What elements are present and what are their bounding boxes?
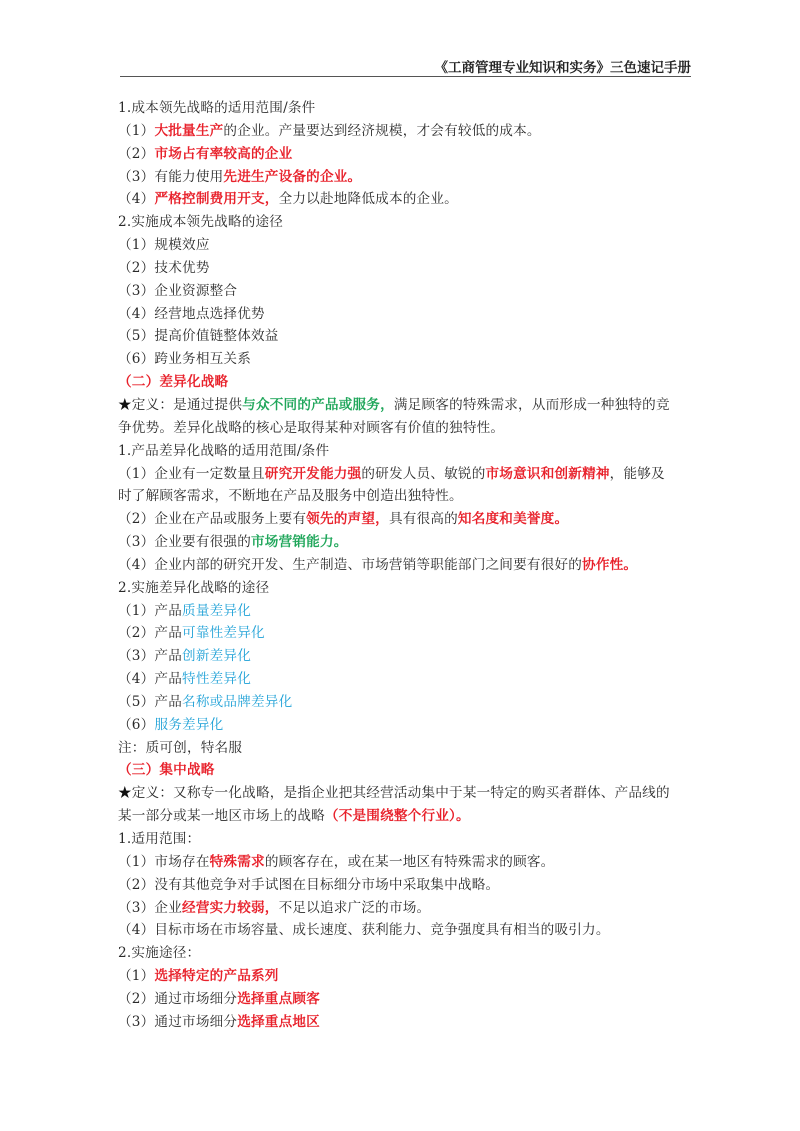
highlight-blue: 创新差异化: [182, 648, 251, 664]
text-line: （4）企业内部的研究开发、生产制造、市场营销等职能部门之间要有很好的协作性。: [118, 554, 690, 577]
text-segment: 的顾客存在，或在某一地区有特殊需求的顾客。: [265, 854, 555, 870]
text-line: （1）规模效应: [118, 234, 690, 257]
highlight-red: 选择重点顾客: [237, 991, 320, 1007]
text-segment: 满足顾客的特殊需求，从而形成一种独特的竞: [394, 397, 670, 413]
section-heading: （二）差异化战略: [118, 374, 228, 390]
highlight-red: 先进生产设备的企业。: [223, 169, 361, 185]
text-line: （4）严格控制费用开支，全力以赴地降低成本的企业。: [118, 188, 690, 211]
text-line: 争优势。差异化战略的核心是取得某种对顾客有价值的独特性。: [118, 417, 690, 440]
text-line: （1）产品质量差异化: [118, 600, 690, 623]
text-line: （6）跨业务相互关系: [118, 348, 690, 371]
text-segment: 定义：是通过提供: [132, 397, 242, 413]
text-line: 1.适用范围：: [118, 828, 690, 851]
text-line: （5）产品名称或品牌差异化: [118, 691, 690, 714]
text-segment: 定义：又称专一化战略，是指企业把其经营活动集中于某一特定的购买者群体、产品线的: [132, 785, 670, 801]
text-segment: 某一部分或某一地区市场上的战略: [118, 808, 325, 824]
text-segment: （2）技术优势: [118, 260, 210, 276]
text-segment: （5）产品: [118, 694, 182, 710]
text-line: 1.成本领先战略的适用范围/条件: [118, 97, 690, 120]
text-segment: （1）: [118, 968, 154, 984]
highlight-red: （不是围绕整个行业）。: [325, 808, 470, 824]
highlight-blue: 名称或品牌差异化: [182, 694, 292, 710]
text-line: （1）企业有一定数量且研究开发能力强的研发人员、敏锐的市场意识和创新精神，能够及: [118, 463, 690, 486]
text-segment: （6）跨业务相互关系: [118, 351, 251, 367]
text-line: （2）没有其他竞争对手试图在目标细分市场中采取集中战略。: [118, 874, 690, 897]
star-icon: ★: [118, 397, 132, 413]
highlight-green: 市场营销能力。: [251, 534, 348, 550]
text-segment: 2.实施成本领先战略的途径: [118, 214, 283, 230]
text-segment: 全力以赴地降低成本的企业。: [279, 191, 458, 207]
highlight-red: 选择重点地区: [237, 1014, 320, 1030]
text-line: （2）产品可靠性差异化: [118, 622, 690, 645]
highlight-red: 选择特定的产品系列: [154, 968, 278, 984]
text-line: （3）通过市场细分选择重点地区: [118, 1011, 690, 1034]
highlight-blue: 特性差异化: [182, 671, 251, 687]
text-segment: 具有很高的: [389, 511, 458, 527]
text-line: （1）大批量生产的企业。产量要达到经济规模，才会有较低的成本。: [118, 120, 690, 143]
text-segment: （4）目标市场在市场容量、成长速度、获利能力、竞争强度具有相当的吸引力。: [118, 922, 610, 938]
text-line: 时了解顾客需求，不断地在产品及服务中创造出独特性。: [118, 485, 690, 508]
highlight-red: 领先的声望，: [306, 511, 389, 527]
highlight-blue: 服务差异化: [154, 717, 223, 733]
highlight-blue: 可靠性差异化: [182, 625, 265, 641]
highlight-red: 大批量生产: [154, 123, 223, 139]
text-segment: 不足以追求广泛的市场。: [279, 900, 431, 916]
text-line: （三）集中战略: [118, 759, 690, 782]
text-line: ★定义：是通过提供与众不同的产品或服务，满足顾客的特殊需求，从而形成一种独特的竞: [118, 394, 690, 417]
text-segment: （1）市场存在: [118, 854, 210, 870]
text-segment: （2）通过市场细分: [118, 991, 237, 1007]
highlight-green: 与众不同的产品或服务，: [242, 397, 394, 413]
star-icon: ★: [118, 785, 132, 801]
text-segment: （3）企业要有很强的: [118, 534, 251, 550]
page-header-title: 《工商管理专业知识和实务》三色速记手册: [120, 56, 691, 74]
text-segment: （1）企业有一定数量且: [118, 466, 265, 482]
header-divider: [120, 76, 691, 77]
section-heading: （三）集中战略: [118, 762, 215, 778]
text-line: 注：质可创，特名服: [118, 737, 690, 760]
text-segment: 注：质可创，特名服: [118, 740, 242, 756]
text-line: （2）市场占有率较高的企业: [118, 143, 690, 166]
text-line: （2）通过市场细分选择重点顾客: [118, 988, 690, 1011]
text-line: （3）产品创新差异化: [118, 645, 690, 668]
text-segment: ，能够及: [610, 466, 665, 482]
highlight-red: 知名度和美誉度。: [458, 511, 568, 527]
text-segment: （1）: [118, 123, 154, 139]
highlight-blue: 质量差异化: [182, 603, 251, 619]
highlight-red: 特殊需求: [210, 854, 265, 870]
text-segment: 的企业。产量要达到经济规模，才会有较低的成本。: [223, 123, 540, 139]
text-segment: （6）: [118, 717, 154, 733]
text-segment: （2）没有其他竞争对手试图在目标细分市场中采取集中战略。: [118, 877, 499, 893]
text-line: 2.实施差异化战略的途径: [118, 577, 690, 600]
text-segment: （2）企业在产品或服务上要有: [118, 511, 306, 527]
text-line: （3）企业资源整合: [118, 280, 690, 303]
text-segment: （5）提高价值链整体效益: [118, 328, 279, 344]
text-segment: （2）产品: [118, 625, 182, 641]
highlight-red: 协作性。: [582, 557, 637, 573]
text-segment: 2.实施途径：: [118, 945, 200, 961]
text-line: （1）选择特定的产品系列: [118, 965, 690, 988]
highlight-red: 经营实力较弱，: [182, 900, 279, 916]
highlight-red: 市场意识和创新精神: [486, 466, 610, 482]
text-segment: （3）企业资源整合: [118, 283, 237, 299]
text-line: 1.产品差异化战略的适用范围/条件: [118, 440, 690, 463]
text-line: 2.实施途径：: [118, 942, 690, 965]
text-segment: （1）产品: [118, 603, 182, 619]
text-segment: 争优势。差异化战略的核心是取得某种对顾客有价值的独特性。: [118, 420, 504, 436]
highlight-red: 市场占有率较高的企业: [154, 146, 292, 162]
text-segment: 时了解顾客需求，不断地在产品及服务中创造出独特性。: [118, 488, 463, 504]
text-segment: （3）产品: [118, 648, 182, 664]
text-line: ★定义：又称专一化战略，是指企业把其经营活动集中于某一特定的购买者群体、产品线的: [118, 782, 690, 805]
text-line: （6）服务差异化: [118, 714, 690, 737]
text-segment: （1）规模效应: [118, 237, 210, 253]
text-segment: 1.成本领先战略的适用范围/条件: [118, 100, 315, 116]
text-segment: （4）经营地点选择优势: [118, 306, 265, 322]
text-line: 某一部分或某一地区市场上的战略（不是围绕整个行业）。: [118, 805, 690, 828]
text-segment: （4）: [118, 191, 154, 207]
text-line: （5）提高价值链整体效益: [118, 325, 690, 348]
text-line: （1）市场存在特殊需求的顾客存在，或在某一地区有特殊需求的顾客。: [118, 851, 690, 874]
text-segment: 的研发人员、敏锐的: [361, 466, 485, 482]
text-line: （3）有能力使用先进生产设备的企业。: [118, 166, 690, 189]
text-line: （4）产品特性差异化: [118, 668, 690, 691]
text-segment: （3）有能力使用: [118, 169, 223, 185]
text-segment: 1.适用范围：: [118, 831, 200, 847]
highlight-red: 研究开发能力强: [265, 466, 362, 482]
text-line: （2）技术优势: [118, 257, 690, 280]
text-segment: （3）通过市场细分: [118, 1014, 237, 1030]
text-line: 2.实施成本领先战略的途径: [118, 211, 690, 234]
text-segment: 2.实施差异化战略的途径: [118, 580, 269, 596]
text-line: （2）企业在产品或服务上要有领先的声望，具有很高的知名度和美誉度。: [118, 508, 690, 531]
text-segment: （3）企业: [118, 900, 182, 916]
text-line: （4）经营地点选择优势: [118, 303, 690, 326]
text-segment: （2）: [118, 146, 154, 162]
text-line: （二）差异化战略: [118, 371, 690, 394]
text-segment: （4）企业内部的研究开发、生产制造、市场营销等职能部门之间要有很好的: [118, 557, 582, 573]
text-line: （4）目标市场在市场容量、成长速度、获利能力、竞争强度具有相当的吸引力。: [118, 919, 690, 942]
text-segment: （4）产品: [118, 671, 182, 687]
text-segment: 1.产品差异化战略的适用范围/条件: [118, 443, 329, 459]
document-body: 1.成本领先战略的适用范围/条件（1）大批量生产的企业。产量要达到经济规模，才会…: [118, 97, 690, 1034]
highlight-red: 严格控制费用开支，: [154, 191, 278, 207]
text-line: （3）企业要有很强的市场营销能力。: [118, 531, 690, 554]
text-line: （3）企业经营实力较弱，不足以追求广泛的市场。: [118, 897, 690, 920]
